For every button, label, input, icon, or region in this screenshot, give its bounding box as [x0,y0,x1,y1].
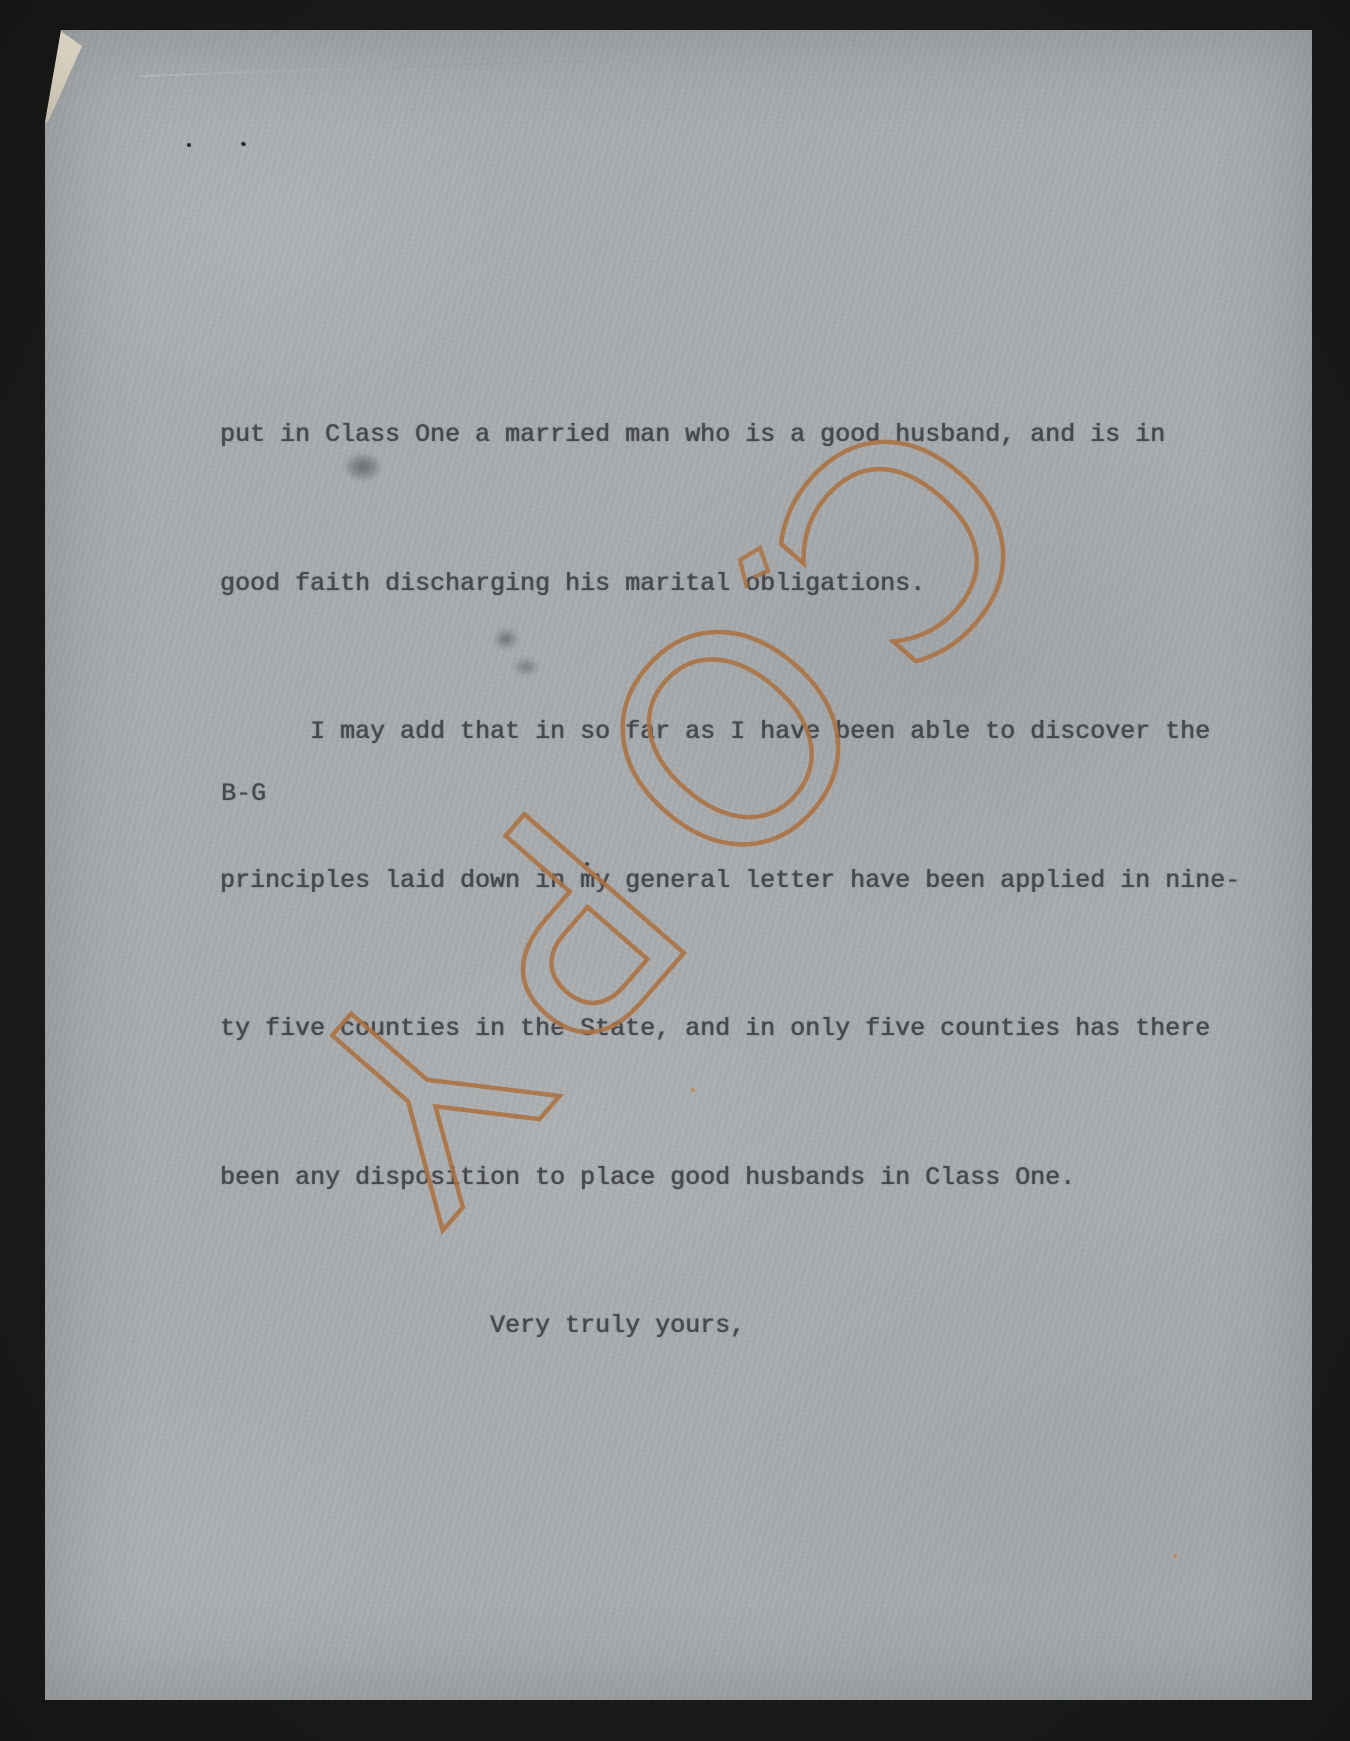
paper-speck [240,141,246,147]
ink-smudge [345,454,381,480]
paper-crease [140,57,660,77]
letter-closing: Very truly yours, [220,1301,1240,1351]
ink-smudge [493,628,519,650]
letter-line-3: I may add that in so far as I have been … [220,707,1240,757]
letter-line-4: principles laid down in my general lette… [220,856,1240,906]
paper-speck [187,143,191,147]
letter-line-1: put in Class One a married man who is a … [220,410,1240,460]
letter-line-2: good faith discharging his marital oblig… [220,559,1240,609]
typist-initials: B-G [221,781,266,806]
paper-speck [585,862,589,866]
letter-line-5: ty five counties in the State, and in on… [220,1004,1240,1054]
letter-page: put in Class One a married man who is a … [45,30,1312,1700]
letter-line-6: been any disposition to place good husba… [220,1153,1240,1203]
ink-smudge [513,658,539,676]
letter-body: put in Class One a married man who is a … [220,311,1240,1450]
folded-corner [45,30,105,134]
paper-speck [1173,1554,1177,1558]
scan-background: put in Class One a married man who is a … [0,0,1350,1741]
paper-speck [691,1088,695,1092]
